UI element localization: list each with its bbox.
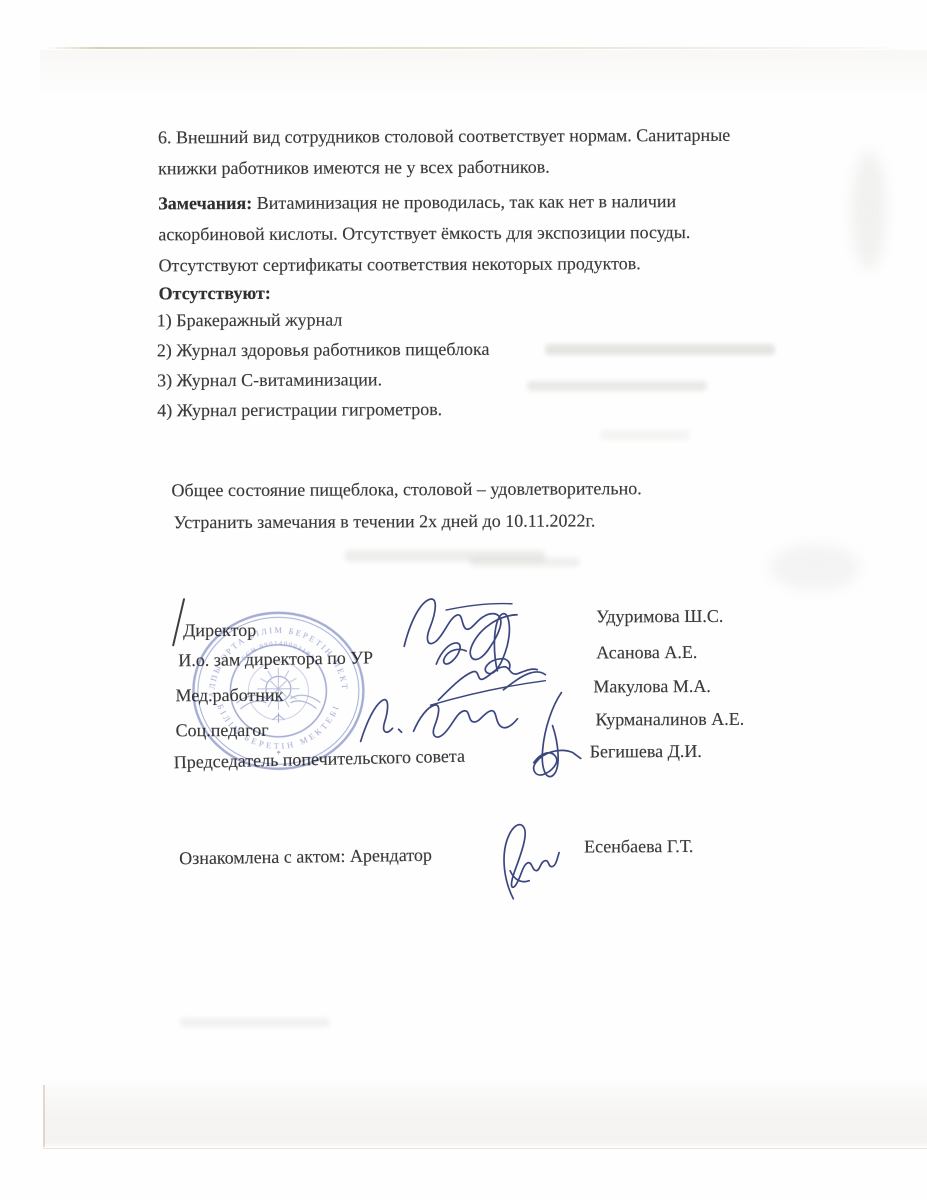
signatory-name-kurmanalinov: Курманалинов А.Е. [595, 704, 744, 735]
signatory-title-medworker: Мед.работник [175, 680, 283, 710]
signatory-title-socpedagog: Соц.педагог [176, 715, 269, 745]
scanned-document-page: 6. Внешний вид сотрудников столовой соот… [0, 0, 927, 1200]
signatory-name-makulova: Макулова М.А. [593, 671, 711, 702]
signature-makulova [430, 667, 545, 706]
missing-item-1: 1) Бракеражный журнал [157, 304, 490, 335]
signature-esenbaeva [504, 824, 559, 898]
signatory-title-chairman: Председатель попечительского совета [173, 741, 465, 778]
signature-udurimova [404, 599, 517, 660]
signatory-name-udurimova: Удуримова Ш.С. [596, 601, 723, 632]
signatory-name-asanova: Асанова А.Е. [596, 637, 697, 667]
remarks-label: Замечания: [158, 193, 252, 213]
missing-item-4: 4) Журнал регистрации гигрометров. [157, 394, 490, 425]
signature-kurmanalinov [360, 699, 517, 741]
status-line-2: Устранить замечания в течении 2х дней до… [174, 505, 596, 537]
signature-begisheva [533, 692, 580, 776]
remarks-text: Витаминизация не проводилась, так как не… [252, 191, 676, 213]
signatory-title-deputy: И.о. зам директора по УР [178, 642, 373, 675]
missing-item-3: 3) Журнал С-витаминизации. [157, 364, 490, 395]
acquainted-label: Ознакомлена с актом: Арендатор [179, 840, 432, 874]
document-content: 6. Внешний вид сотрудников столовой соот… [0, 0, 927, 1200]
signatory-name-begisheva: Бегишева Д.И. [590, 736, 702, 766]
missing-item-2: 2) Журнал здоровья работников пищеблока [157, 334, 490, 365]
remarks-line-1: Замечания: Витаминизация не проводилась,… [158, 186, 676, 218]
signature-asanova [436, 614, 510, 674]
missing-list: 1) Бракеражный журнал 2) Журнал здоровья… [157, 304, 490, 425]
signatory-title-director: Директор [183, 615, 256, 645]
status-line-1: Общее состояние пищеблока, столовой – уд… [171, 473, 641, 505]
paragraph-6-line-2: книжки работников имеются не у всех рабо… [158, 152, 550, 184]
acquainted-name: Есенбаева Г.Т. [584, 831, 693, 861]
remarks-line-3: Отсутствуют сертификаты соответствия нек… [158, 248, 640, 280]
paragraph-6-line-1: 6. Внешний вид сотрудников столовой соот… [158, 120, 730, 152]
remarks-line-2: аскорбиновой кислоты. Отсутствует ёмкост… [158, 217, 690, 249]
missing-heading: Отсутствуют: [159, 278, 271, 308]
